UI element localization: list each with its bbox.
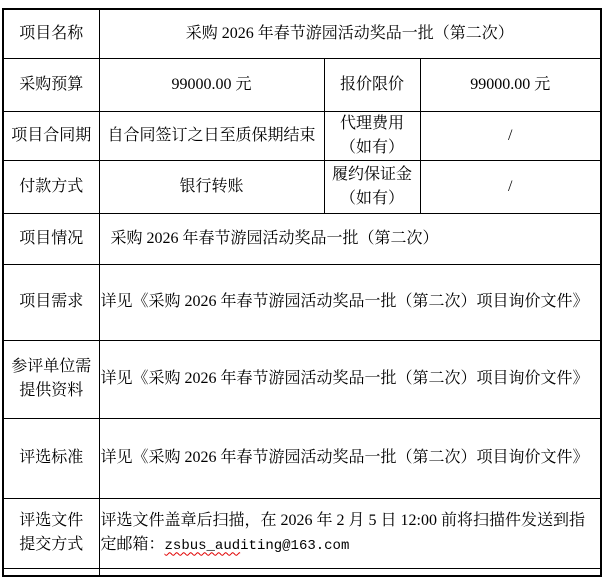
payment-method-value: 银行转账: [99, 160, 324, 213]
submission-method-value: 评选文件盖章后扫描，在 2026 年 2 月 5 日 12:00 前将扫描件发送…: [99, 498, 601, 568]
row-project-requirements: 项目需求 详见《采购 2026 年春节游园活动奖品一批（第二次）项目询价文件》: [3, 264, 601, 340]
row-project-name: 项目名称 采购 2026 年春节游园活动奖品一批（第二次）: [3, 9, 601, 58]
project-overview-label: 项目情况: [3, 213, 99, 264]
row-project-overview: 项目情况 采购 2026 年春节游园活动奖品一批（第二次）: [3, 213, 601, 264]
procurement-info-table: 项目名称 采购 2026 年春节游园活动奖品一批（第二次） 采购预算 99000…: [2, 8, 602, 577]
empty-footer-value-cell: [99, 568, 601, 576]
row-qualification-materials: 参评单位需 提供资料 详见《采购 2026 年春节游园活动奖品一批（第二次）项目…: [3, 340, 601, 418]
performance-bond-label: 履约保证金 （如有）: [324, 160, 420, 213]
empty-footer-label-cell: [3, 568, 99, 576]
project-requirements-value: 详见《采购 2026 年春节游园活动奖品一批（第二次）项目询价文件》: [99, 264, 601, 340]
performance-bond-value: /: [420, 160, 601, 213]
agency-fee-label: 代理费用 （如有）: [324, 111, 420, 160]
selection-criteria-label: 评选标准: [3, 418, 99, 498]
row-budget: 采购预算 99000.00 元 报价限价 99000.00 元: [3, 58, 601, 111]
submission-email-rest: iting@163.com: [240, 538, 349, 554]
project-name-label: 项目名称: [3, 9, 99, 58]
agency-fee-value: /: [420, 111, 601, 160]
row-payment-method: 付款方式 银行转账 履约保证金 （如有） /: [3, 160, 601, 213]
price-limit-value: 99000.00 元: [420, 58, 601, 111]
budget-value: 99000.00 元: [99, 58, 324, 111]
selection-criteria-value: 详见《采购 2026 年春节游园活动奖品一批（第二次）项目询价文件》: [99, 418, 601, 498]
row-selection-criteria: 评选标准 详见《采购 2026 年春节游园活动奖品一批（第二次）项目询价文件》: [3, 418, 601, 498]
contract-period-label: 项目合同期: [3, 111, 99, 160]
project-name-value: 采购 2026 年春节游园活动奖品一批（第二次）: [99, 9, 601, 58]
qualification-materials-label: 参评单位需 提供资料: [3, 340, 99, 418]
row-contract-period: 项目合同期 自合同签订之日至质保期结束 代理费用 （如有） /: [3, 111, 601, 160]
contract-period-value: 自合同签订之日至质保期结束: [99, 111, 324, 160]
project-overview-value: 采购 2026 年春节游园活动奖品一批（第二次）: [99, 213, 601, 264]
submission-method-label: 评选文件 提交方式: [3, 498, 99, 568]
project-requirements-label: 项目需求: [3, 264, 99, 340]
price-limit-label: 报价限价: [324, 58, 420, 111]
budget-label: 采购预算: [3, 58, 99, 111]
payment-method-label: 付款方式: [3, 160, 99, 213]
row-empty-footer: [3, 568, 601, 576]
row-submission-method: 评选文件 提交方式 评选文件盖章后扫描，在 2026 年 2 月 5 日 12:…: [3, 498, 601, 568]
qualification-materials-value: 详见《采购 2026 年春节游园活动奖品一批（第二次）项目询价文件》: [99, 340, 601, 418]
submission-email-misspelled-part: zsbus_aud: [165, 538, 241, 554]
